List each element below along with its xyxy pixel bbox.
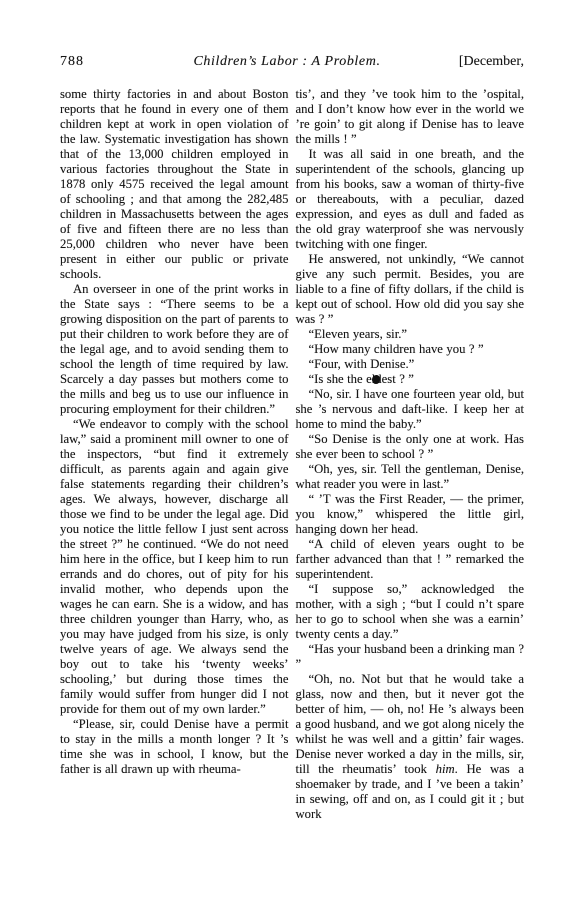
- scanned-document-page: { "header": { "page_number": "788", "tit…: [0, 0, 576, 912]
- text-run: “Four, with Denise.”: [309, 357, 415, 371]
- text-run: “Please, sir, could Denise have a permit…: [60, 717, 289, 776]
- paragraph: “No, sir. I have one fourteen year old, …: [296, 387, 525, 432]
- paragraph: “Is she the eldest ? ”: [296, 372, 525, 387]
- paragraph: An overseer in one of the print works in…: [60, 282, 289, 417]
- text-run: An overseer in one of the print works in…: [60, 282, 289, 416]
- page: 788 Children’s Labor : A Problem. [Decem…: [60, 54, 524, 822]
- text-run: some thirty factories in and about Bosto…: [60, 87, 289, 281]
- running-title: Children’s Labor : A Problem.: [130, 54, 444, 70]
- paragraph: “Eleven years, sir.”: [296, 327, 525, 342]
- text-run: “ ’T was the First Reader, — the primer,…: [296, 492, 525, 536]
- paragraph: “Four, with Denise.”: [296, 357, 525, 372]
- text-run: “Oh, yes, sir. Tell the gentleman, Denis…: [296, 462, 525, 491]
- italic-text: him: [436, 762, 455, 776]
- text-run: “How many children have you ? ”: [309, 342, 484, 356]
- paragraph: “Oh, yes, sir. Tell the gentleman, Denis…: [296, 462, 525, 492]
- text-run: He answered, not unkindly, “We cannot gi…: [296, 252, 525, 326]
- page-number: 788: [60, 54, 130, 70]
- paragraph: tis’, and they ’ve took him to the ’ospi…: [296, 87, 525, 147]
- paragraph: some thirty factories in and about Bosto…: [60, 87, 289, 282]
- right-column: tis’, and they ’ve took him to the ’ospi…: [296, 87, 525, 822]
- text-run: “We endeavor to comply with the school l…: [60, 417, 289, 716]
- left-column: some thirty factories in and about Bosto…: [60, 87, 289, 822]
- paragraph: “Please, sir, could Denise have a permit…: [60, 717, 289, 777]
- text-run: “Eleven years, sir.”: [309, 327, 408, 341]
- ink-blot-text: ld: [372, 372, 382, 386]
- paragraph: “So Denise is the only one at work. Has …: [296, 432, 525, 462]
- text-run: It was all said in one breath, and the s…: [296, 147, 525, 251]
- paragraph: It was all said in one breath, and the s…: [296, 147, 525, 252]
- text-columns: some thirty factories in and about Bosto…: [60, 87, 524, 822]
- text-run: tis’, and they ’ve took him to the ’ospi…: [296, 87, 525, 146]
- text-run: “Oh, no. Not but that he would take a gl…: [296, 672, 525, 776]
- text-run: “A child of eleven years ought to be far…: [296, 537, 525, 581]
- paragraph: “How many children have you ? ”: [296, 342, 525, 357]
- paragraph: “We endeavor to comply with the school l…: [60, 417, 289, 717]
- issue-date: [December,: [444, 54, 524, 70]
- paragraph: “I suppose so,” acknowledged the mother,…: [296, 582, 525, 642]
- running-head: 788 Children’s Labor : A Problem. [Decem…: [60, 54, 524, 70]
- paragraph: “Oh, no. Not but that he would take a gl…: [296, 672, 525, 822]
- paragraph: “Has your husband been a drinking man ? …: [296, 642, 525, 672]
- paragraph: “ ’T was the First Reader, — the primer,…: [296, 492, 525, 537]
- text-run: “Is she the e: [309, 372, 372, 386]
- text-run: “So Denise is the only one at work. Has …: [296, 432, 525, 461]
- paragraph: He answered, not unkindly, “We cannot gi…: [296, 252, 525, 327]
- paragraph: “A child of eleven years ought to be far…: [296, 537, 525, 582]
- text-run: “No, sir. I have one fourteen year old, …: [296, 387, 525, 431]
- text-run: est ? ”: [382, 372, 414, 386]
- text-run: “Has your husband been a drinking man ? …: [296, 642, 525, 671]
- text-run: “I suppose so,” acknowledged the mother,…: [296, 582, 525, 641]
